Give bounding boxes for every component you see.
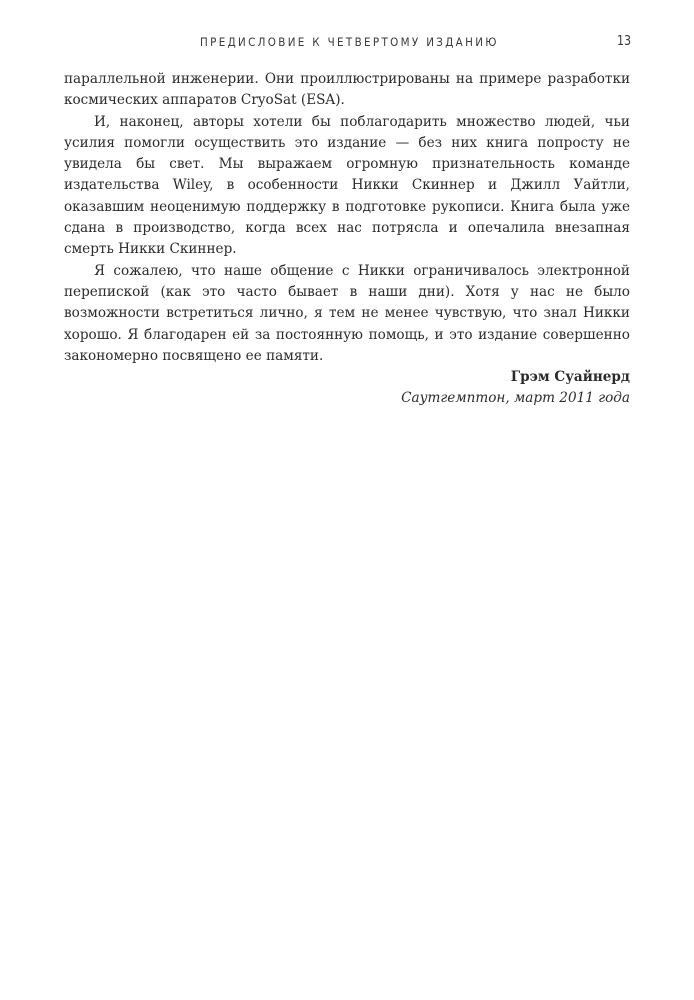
running-head: ПРЕДИСЛОВИЕ К ЧЕТВЕРТОМУ ИЗДАНИЮ <box>200 35 499 49</box>
paragraph-acknowledgements: И, наконец, авторы хотели бы поблагодари… <box>64 112 630 261</box>
place-date: Саутгемптон, март 2011 года <box>64 388 630 409</box>
page-number: 13 <box>617 34 631 49</box>
paragraph-continuation: параллельной инженерии. Они проиллюстрир… <box>64 69 630 112</box>
author-name: Грэм Суайнерд <box>64 367 630 388</box>
body-text: параллельной инженерии. Они проиллюстрир… <box>64 69 630 410</box>
paragraph-dedication: Я сожалею, что наше общение с Никки огра… <box>64 261 630 367</box>
signature: Грэм Суайнерд Саутгемптон, март 2011 год… <box>64 367 630 410</box>
